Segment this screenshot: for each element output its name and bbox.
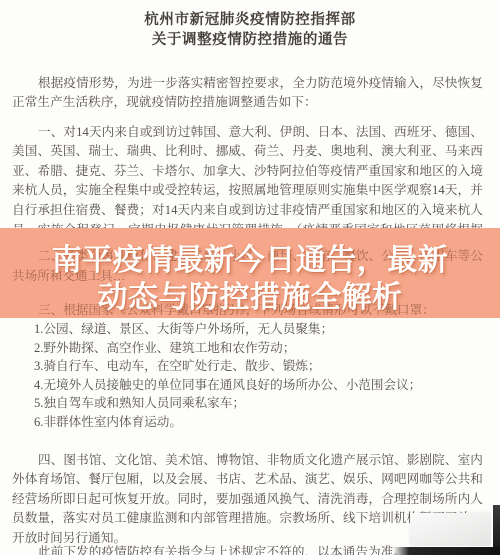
list-item: 2.野外勘探、高空作业、建筑工地和农作劳动；	[34, 339, 485, 358]
no-mask-situations-list: 1.公园、绿道、景区、大街等户外场所，无人员聚集； 2.野外勘探、高空作业、建筑…	[34, 320, 485, 432]
list-item: 5.独自驾车或和熟知人员同乘私家车；	[34, 394, 485, 413]
list-item: 3.骑自行车、电动车，在空旷处行走、散步、锻炼；	[34, 357, 485, 376]
overlay-headline: 南平疫情最新今日通告，最新 动态与防控措施全解析	[0, 242, 500, 316]
photo-edge-bottom	[393, 547, 500, 555]
document-title: 杭州市新冠肺炎疫情防控指挥部 关于调整疫情防控措施的通告	[0, 11, 500, 50]
intro-paragraph: 根据疫情形势，为进一步落实精密智控要求，全力防范境外疫情输入，尽快恢复正常生产生…	[12, 74, 483, 113]
list-item: 4.无境外人员接触史的单位同事在通风良好的场所办公、小范围会议；	[34, 376, 485, 395]
corner-watermark-box	[410, 513, 491, 546]
list-item: 6.非群体性室内体育运动。	[34, 413, 485, 432]
overlay-headline-line1: 南平疫情最新今日通告，最新	[0, 242, 500, 279]
notice-photo: 杭州市新冠肺炎疫情防控指挥部 关于调整疫情防控措施的通告 根据疫情形势，为进一步…	[0, 0, 500, 555]
overlay-headline-line2: 动态与防控措施全解析	[0, 279, 500, 316]
document-title-line2: 关于调整疫情防控措施的通告	[0, 31, 500, 51]
list-item: 1.公园、绿道、景区、大街等户外场所，无人员聚集；	[34, 320, 485, 339]
document-title-line1: 杭州市新冠肺炎疫情防控指挥部	[0, 11, 500, 31]
